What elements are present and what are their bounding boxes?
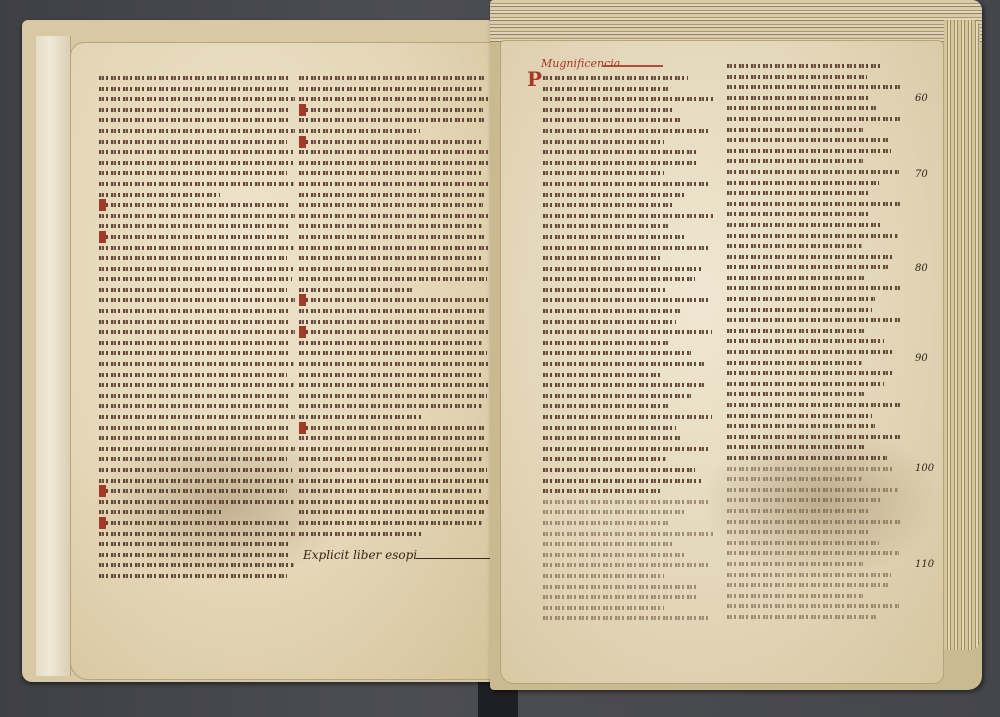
script-line — [727, 146, 902, 157]
script-line — [543, 285, 713, 296]
script-line — [99, 476, 295, 487]
section-heading: Mugnificencia — [541, 57, 620, 70]
script-line — [99, 200, 295, 211]
script-line — [299, 137, 491, 148]
script-line — [543, 306, 713, 317]
script-line — [727, 135, 902, 146]
script-line — [543, 211, 713, 222]
script-line — [299, 454, 491, 465]
script-line — [99, 486, 295, 497]
script-line — [299, 486, 491, 497]
script-line — [543, 137, 713, 148]
script-line — [543, 592, 713, 603]
script-line — [543, 444, 713, 455]
script-line — [99, 507, 295, 518]
script-line — [543, 317, 713, 328]
margin-line-number: 90 — [915, 353, 928, 364]
script-line — [299, 380, 491, 391]
script-line — [543, 73, 713, 84]
script-line — [299, 444, 491, 455]
script-line — [727, 72, 902, 83]
script-line — [727, 495, 902, 506]
script-line — [99, 317, 295, 328]
script-line — [727, 283, 902, 294]
script-line — [299, 295, 491, 306]
script-line — [543, 94, 713, 105]
script-line — [299, 211, 491, 222]
right-page-column-2 — [727, 61, 902, 622]
script-line — [99, 73, 295, 84]
script-line — [543, 507, 713, 518]
script-line — [99, 550, 295, 561]
script-line — [99, 306, 295, 317]
script-line — [543, 348, 713, 359]
script-line — [727, 294, 902, 305]
script-line — [99, 126, 295, 137]
script-line — [727, 82, 902, 93]
script-line — [543, 327, 713, 338]
script-line — [299, 115, 491, 126]
left-page: Explicit liber esopi — [70, 42, 500, 680]
script-line — [99, 497, 295, 508]
script-line — [299, 168, 491, 179]
script-line — [727, 199, 902, 210]
script-line — [543, 433, 713, 444]
script-line — [299, 243, 491, 254]
script-line — [299, 529, 491, 540]
script-line — [99, 539, 295, 550]
script-line — [299, 221, 491, 232]
decorated-initial: P — [527, 67, 542, 91]
script-line — [543, 200, 713, 211]
script-line — [299, 338, 491, 349]
script-line — [299, 507, 491, 518]
script-line — [299, 84, 491, 95]
script-line — [543, 253, 713, 264]
script-line — [299, 391, 491, 402]
script-line — [99, 158, 295, 169]
script-line — [727, 432, 902, 443]
script-line — [99, 168, 295, 179]
margin-line-number: 60 — [915, 93, 928, 104]
script-line — [543, 613, 713, 624]
script-line — [727, 114, 902, 125]
script-line — [543, 115, 713, 126]
script-line — [99, 359, 295, 370]
script-line — [99, 221, 295, 232]
script-line — [543, 274, 713, 285]
script-line — [99, 274, 295, 285]
margin-line-number: 100 — [915, 463, 934, 474]
script-line — [299, 423, 491, 434]
script-line — [543, 603, 713, 614]
script-line — [727, 209, 902, 220]
script-line — [299, 359, 491, 370]
script-line — [299, 232, 491, 243]
script-line — [299, 306, 491, 317]
script-line — [543, 370, 713, 381]
script-line — [543, 560, 713, 571]
script-line — [727, 326, 902, 337]
script-line — [543, 221, 713, 232]
script-line — [99, 84, 295, 95]
script-line — [299, 401, 491, 412]
script-line — [299, 317, 491, 328]
script-line — [543, 338, 713, 349]
script-line — [727, 485, 902, 496]
script-line — [727, 103, 902, 114]
script-line — [543, 359, 713, 370]
heading-rule — [603, 65, 663, 67]
script-line — [99, 115, 295, 126]
script-line — [299, 518, 491, 529]
left-page-column-1 — [99, 73, 295, 582]
left-page-column-2 — [299, 73, 491, 539]
script-line — [727, 442, 902, 453]
page-edges-right — [944, 20, 980, 650]
script-line — [543, 168, 713, 179]
script-line — [99, 338, 295, 349]
script-line — [299, 105, 491, 116]
script-line — [543, 412, 713, 423]
script-line — [727, 464, 902, 475]
script-line — [99, 232, 295, 243]
script-line — [299, 264, 491, 275]
script-line — [727, 93, 902, 104]
script-line — [727, 421, 902, 432]
script-line — [543, 401, 713, 412]
script-line — [299, 348, 491, 359]
script-line — [543, 497, 713, 508]
script-line — [99, 370, 295, 381]
script-line — [543, 158, 713, 169]
script-line — [543, 423, 713, 434]
margin-line-number: 110 — [915, 559, 934, 570]
script-line — [727, 601, 902, 612]
script-line — [99, 401, 295, 412]
script-line — [543, 295, 713, 306]
script-line — [727, 252, 902, 263]
script-line — [727, 506, 902, 517]
script-line — [299, 190, 491, 201]
script-line — [727, 61, 902, 72]
script-line — [99, 412, 295, 423]
script-line — [299, 412, 491, 423]
script-line — [543, 391, 713, 402]
script-line — [727, 517, 902, 528]
script-line — [543, 264, 713, 275]
script-line — [727, 220, 902, 231]
script-line — [543, 380, 713, 391]
script-line — [543, 179, 713, 190]
script-line — [299, 147, 491, 158]
script-line — [99, 285, 295, 296]
script-line — [299, 465, 491, 476]
script-line — [543, 518, 713, 529]
script-line — [299, 433, 491, 444]
script-line — [727, 389, 902, 400]
script-line — [543, 232, 713, 243]
script-line — [99, 147, 295, 158]
script-line — [727, 273, 902, 284]
script-line — [299, 327, 491, 338]
script-line — [99, 529, 295, 540]
script-line — [299, 158, 491, 169]
script-line — [727, 474, 902, 485]
script-line — [727, 538, 902, 549]
script-line — [727, 178, 902, 189]
script-line — [99, 571, 295, 582]
script-line — [727, 315, 902, 326]
script-line — [727, 188, 902, 199]
script-line — [543, 550, 713, 561]
script-line — [727, 241, 902, 252]
script-line — [99, 423, 295, 434]
script-line — [299, 370, 491, 381]
script-line — [299, 285, 491, 296]
script-line — [99, 391, 295, 402]
script-line — [99, 327, 295, 338]
script-line — [543, 529, 713, 540]
script-line — [99, 380, 295, 391]
script-line — [727, 156, 902, 167]
script-line — [727, 336, 902, 347]
left-flyleaf — [36, 36, 71, 676]
script-line — [543, 190, 713, 201]
script-line — [727, 411, 902, 422]
margin-line-number: 70 — [915, 169, 928, 180]
script-line — [543, 454, 713, 465]
script-line — [99, 348, 295, 359]
script-line — [543, 539, 713, 550]
script-line — [99, 179, 295, 190]
script-line — [99, 211, 295, 222]
script-line — [99, 444, 295, 455]
script-line — [727, 580, 902, 591]
script-line — [99, 190, 295, 201]
explicit-text: Explicit liber esopi — [303, 548, 417, 562]
script-line — [299, 497, 491, 508]
script-line — [727, 231, 902, 242]
script-line — [99, 243, 295, 254]
script-line — [727, 570, 902, 581]
script-line — [543, 126, 713, 137]
script-line — [299, 73, 491, 84]
script-line — [727, 591, 902, 602]
script-line — [727, 368, 902, 379]
script-line — [299, 179, 491, 190]
script-line — [99, 105, 295, 116]
script-line — [299, 200, 491, 211]
script-line — [727, 262, 902, 273]
script-line — [727, 400, 902, 411]
script-line — [99, 137, 295, 148]
script-line — [543, 243, 713, 254]
script-line — [543, 84, 713, 95]
explicit-rule — [416, 558, 491, 559]
script-line — [727, 305, 902, 316]
script-line — [543, 571, 713, 582]
script-line — [727, 379, 902, 390]
script-line — [727, 347, 902, 358]
right-page: Mugnificencia P 60 70 80 90 100 110 — [500, 40, 944, 684]
script-line — [543, 476, 713, 487]
script-line — [99, 465, 295, 476]
page-edges-top — [490, 0, 982, 42]
script-line — [99, 518, 295, 529]
script-line — [99, 253, 295, 264]
script-line — [99, 433, 295, 444]
script-line — [99, 454, 295, 465]
script-line — [99, 264, 295, 275]
script-line — [543, 465, 713, 476]
script-line — [727, 559, 902, 570]
script-line — [99, 295, 295, 306]
script-line — [299, 274, 491, 285]
script-line — [543, 147, 713, 158]
script-line — [299, 476, 491, 487]
script-line — [299, 94, 491, 105]
script-line — [543, 486, 713, 497]
script-line — [727, 612, 902, 623]
script-line — [543, 582, 713, 593]
script-line — [727, 527, 902, 538]
script-line — [543, 105, 713, 116]
margin-line-number: 80 — [915, 263, 928, 274]
script-line — [727, 358, 902, 369]
script-line — [299, 126, 491, 137]
script-line — [727, 548, 902, 559]
script-line — [727, 167, 902, 178]
script-line — [727, 453, 902, 464]
script-line — [727, 125, 902, 136]
script-line — [299, 253, 491, 264]
script-line — [99, 560, 295, 571]
right-page-column-1 — [543, 73, 713, 624]
script-line — [99, 94, 295, 105]
